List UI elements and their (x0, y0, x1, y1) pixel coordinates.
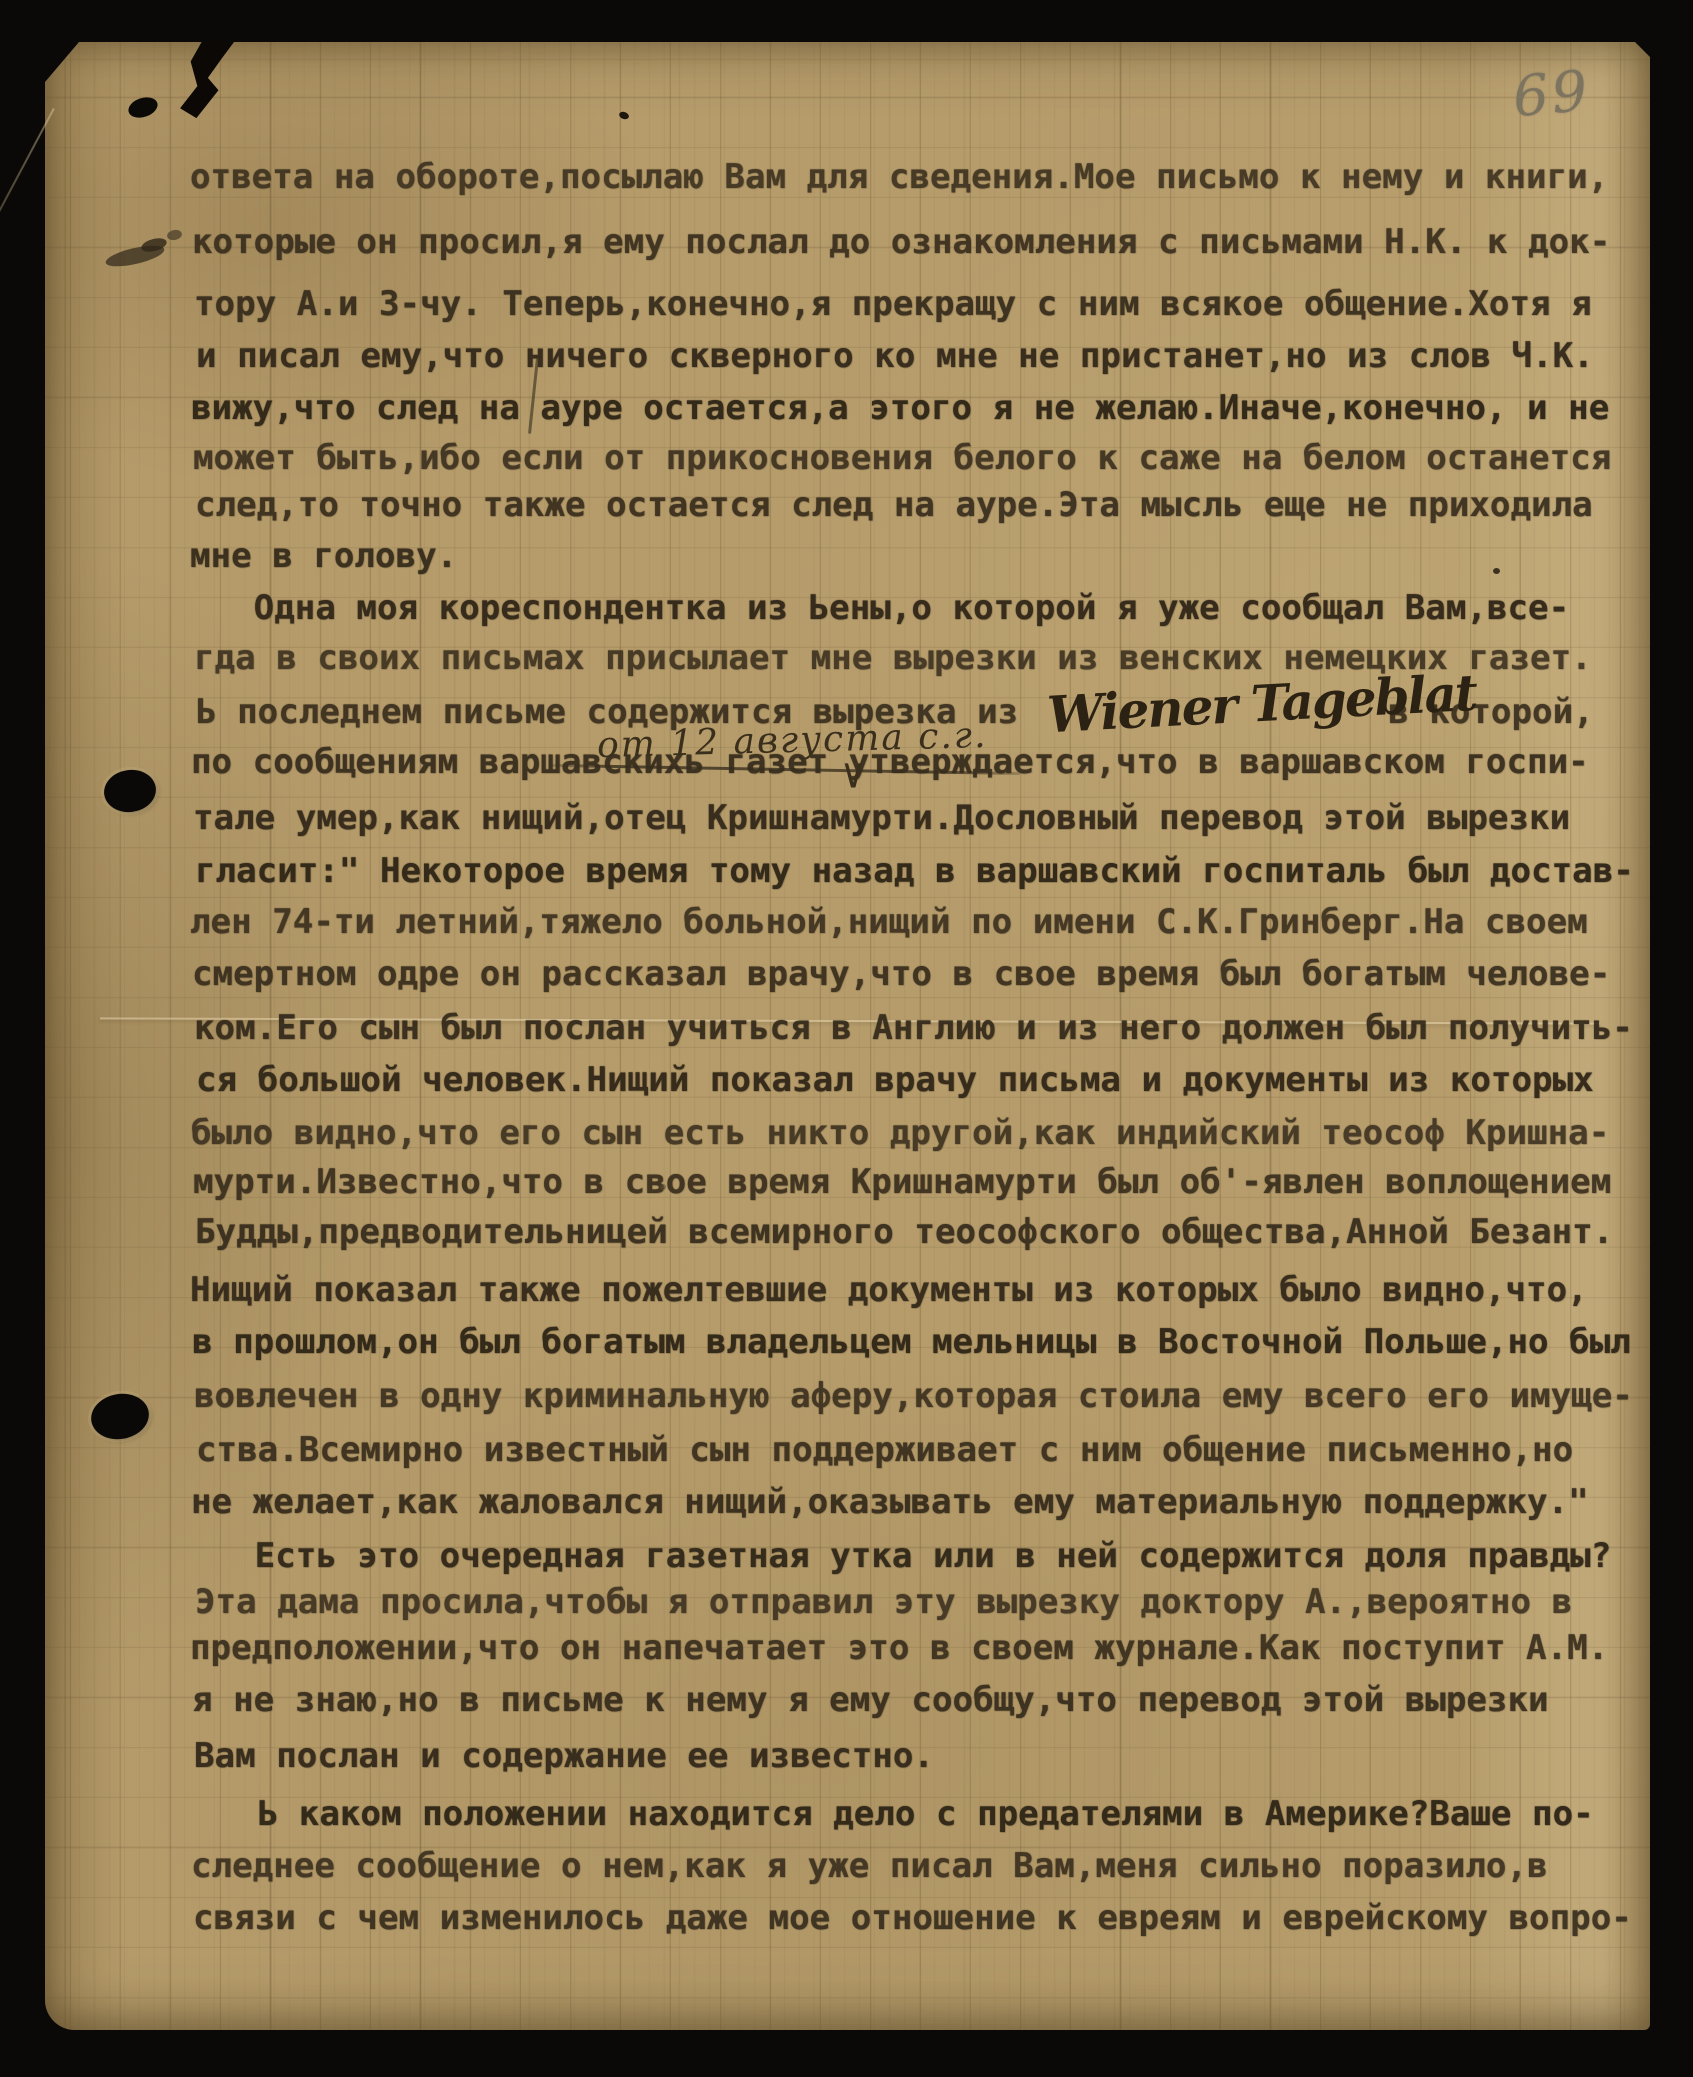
paper-speck (660, 1184, 666, 1190)
text-line: след,то точно также остается след на аур… (195, 478, 1593, 532)
text-line: вовлечен в одну криминальную аферу,котор… (194, 1369, 1633, 1423)
paper-sheet: ответа на обороте,посылаю Вам для сведен… (45, 42, 1650, 2030)
insertion-caret-mark: ∨ (840, 751, 866, 798)
text-line: лен 74-ти летний,тяжело больной,нищий по… (190, 895, 1588, 949)
typed-letter-body: ответа на обороте,посылаю Вам для сведен… (45, 42, 1650, 2030)
text-line: мурти.Известно,что в свое время Кришнаму… (193, 1155, 1611, 1209)
text-line: Будды,предводительницей всемирного теосо… (195, 1205, 1613, 1259)
text-line: вижу,что след на ауре остается,а этого я… (191, 381, 1609, 435)
text-line: было видно,что его сын есть никто другой… (191, 1106, 1609, 1160)
text-line: Нищий показал также пожелтевшие документ… (190, 1263, 1588, 1317)
text-line: ся большой человек.Нищий показал врачу п… (196, 1053, 1594, 1107)
text-line: гласит:" Некоторое время тому назад в ва… (195, 844, 1634, 898)
text-line: я не знаю,но в письме к нему я ему сообщ… (192, 1673, 1549, 1727)
text-line: не желает,как жаловался нищий,оказывать … (191, 1475, 1589, 1529)
text-line: предположении,что он напечатает это в св… (190, 1621, 1608, 1675)
text-line: Одна моя кореспондентка из Ьены,о которо… (192, 581, 1569, 635)
text-line: которые он просил,я ему послал до ознако… (192, 215, 1610, 269)
text-line: следнее сообщение о нем,как я уже писал … (191, 1839, 1548, 1893)
text-line: связи с чем изменилось даже мое отношени… (193, 1891, 1632, 1945)
text-line: тору А.и З-чу. Теперь,конечно,я прекращу… (194, 277, 1592, 331)
text-line: может быть,ибо если от прикосновения бел… (193, 431, 1611, 485)
scanned-document: ответа на обороте,посылаю Вам для сведен… (0, 0, 1693, 2077)
text-line: Вам послан и содержание ее известно. (194, 1729, 934, 1783)
page-number-pencil: 69 (1510, 59, 1593, 130)
text-line: в прошлом,он был богатым владельцем мель… (192, 1315, 1631, 1369)
text-line: и писал ему,что ничего скверного ко мне … (196, 329, 1594, 383)
paper-speck (1493, 568, 1500, 574)
text-line: ства.Всемирно известный сын поддерживает… (196, 1423, 1573, 1477)
text-line: ком.Его сын был послан учиться в Англию … (194, 1001, 1633, 1055)
text-line: смертном одре он рассказал врачу,что в с… (192, 947, 1610, 1001)
text-line: мне в голову. (190, 529, 457, 583)
text-line: тале умер,как нищий,отец Кришнамурти.Дос… (193, 791, 1570, 845)
text-line: ответа на обороте,посылаю Вам для сведен… (190, 150, 1608, 204)
text-line: Ь каком положении находится дело с преда… (196, 1787, 1594, 1841)
